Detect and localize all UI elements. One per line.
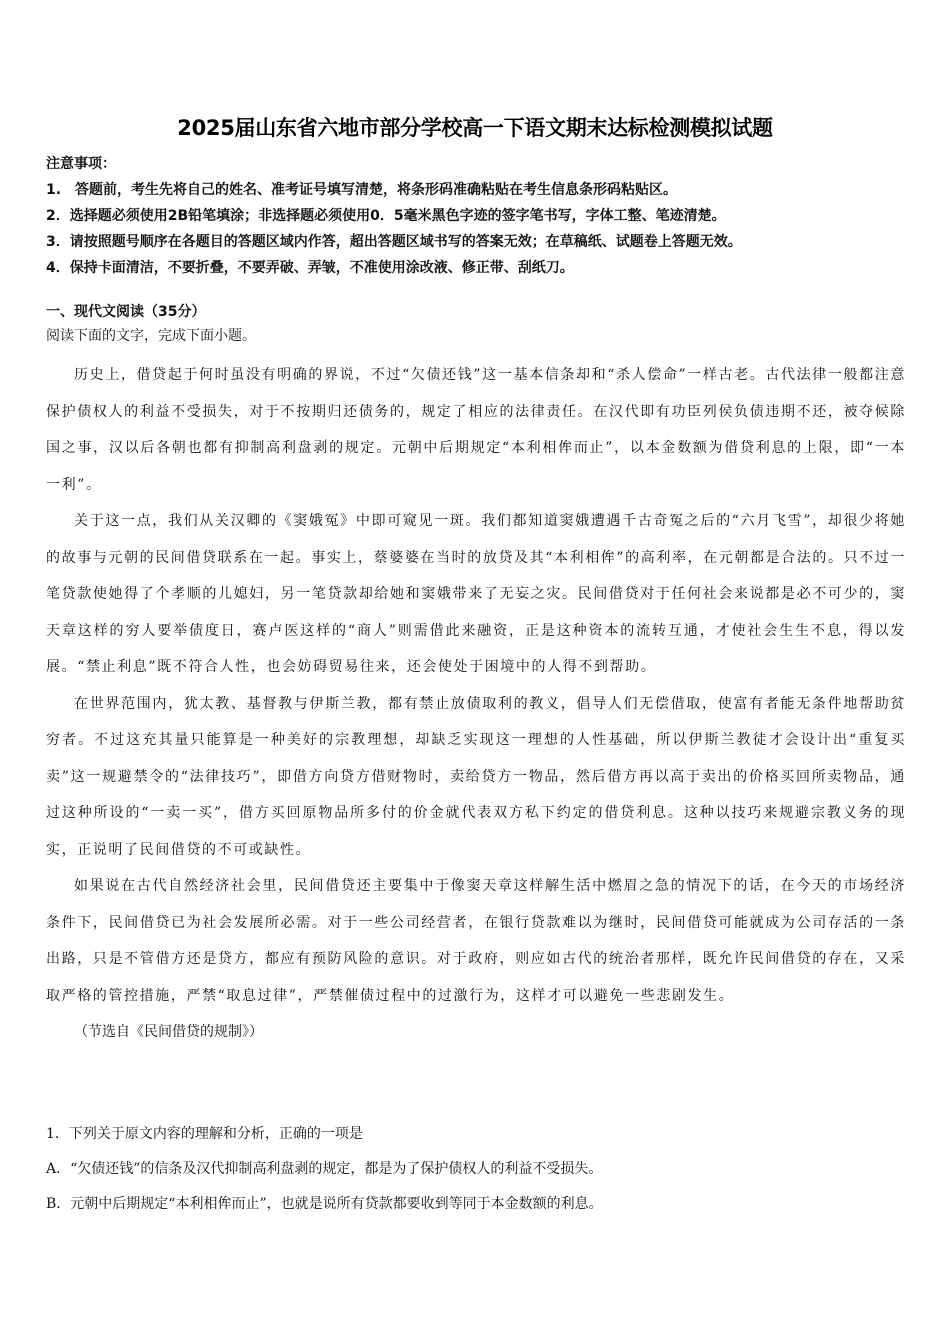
passage-paragraph: 在世界范围内，犹太教、基督教与伊斯兰教，都有禁止放债取利的教义，倡导人们无偿借取… <box>46 686 906 869</box>
question-option-a: A．“欠债还钱”的信条及汉代抑制高利盘剥的规定，都是为了保护债权人的利益不受损失… <box>46 1159 906 1179</box>
notice-item: 1. 答题前，考生先将自己的姓名、准考证号填写清楚，将条形码准确粘贴在考生信息条… <box>46 177 906 203</box>
exam-title: 2025届山东省六地市部分学校高一下语文期末达标检测模拟试题 <box>0 112 950 142</box>
notice-item: 3．请按照题号顺序在各题目的答题区域内作答，超出答题区域书写的答案无效；在草稿纸… <box>46 229 906 255</box>
question-option-b: B．元朝中后期规定“本利相侔而止”，也就是说所有贷款都要收到等同于本金数额的利息… <box>46 1194 906 1214</box>
reading-passage: 历史上，借贷起于何时虽没有明确的界说，不过“欠债还钱”这一基本信条却和“杀人偿命… <box>46 357 906 1050</box>
section-heading: 一、现代文阅读（35分） <box>46 301 205 321</box>
notice-block: 注意事项： 1. 答题前，考生先将自己的姓名、准考证号填写清楚，将条形码准确粘贴… <box>46 151 906 281</box>
notice-item: 2．选择题必须使用2B铅笔填涂；非选择题必须使用0．5毫米黑色字迹的签字笔书写，… <box>46 203 906 229</box>
passage-paragraph: 历史上，借贷起于何时虽没有明确的界说，不过“欠债还钱”这一基本信条却和“杀人偿命… <box>46 357 906 503</box>
reading-instruction: 阅读下面的文字，完成下面小题。 <box>46 325 256 345</box>
passage-paragraph: 关于这一点，我们从关汉卿的《窦娥冤》中即可窥见一斑。我们都知道窦娥遭遇千古奇冤之… <box>46 503 906 686</box>
question-stem: 1．下列关于原文内容的理解和分析，正确的一项是 <box>46 1124 906 1144</box>
notice-heading: 注意事项： <box>46 151 906 177</box>
passage-paragraph: 如果说在古代自然经济社会里，民间借贷还主要集中于像窦天章这样解生活中燃眉之急的情… <box>46 868 906 1014</box>
passage-source: （节选自《民间借贷的规制》） <box>46 1014 906 1050</box>
notice-item: 4．保持卡面清洁，不要折叠，不要弄破、弄皱，不准使用涂改液、修正带、刮纸刀。 <box>46 255 906 281</box>
document-page: 2025届山东省六地市部分学校高一下语文期末达标检测模拟试题 注意事项： 1. … <box>0 0 950 1344</box>
